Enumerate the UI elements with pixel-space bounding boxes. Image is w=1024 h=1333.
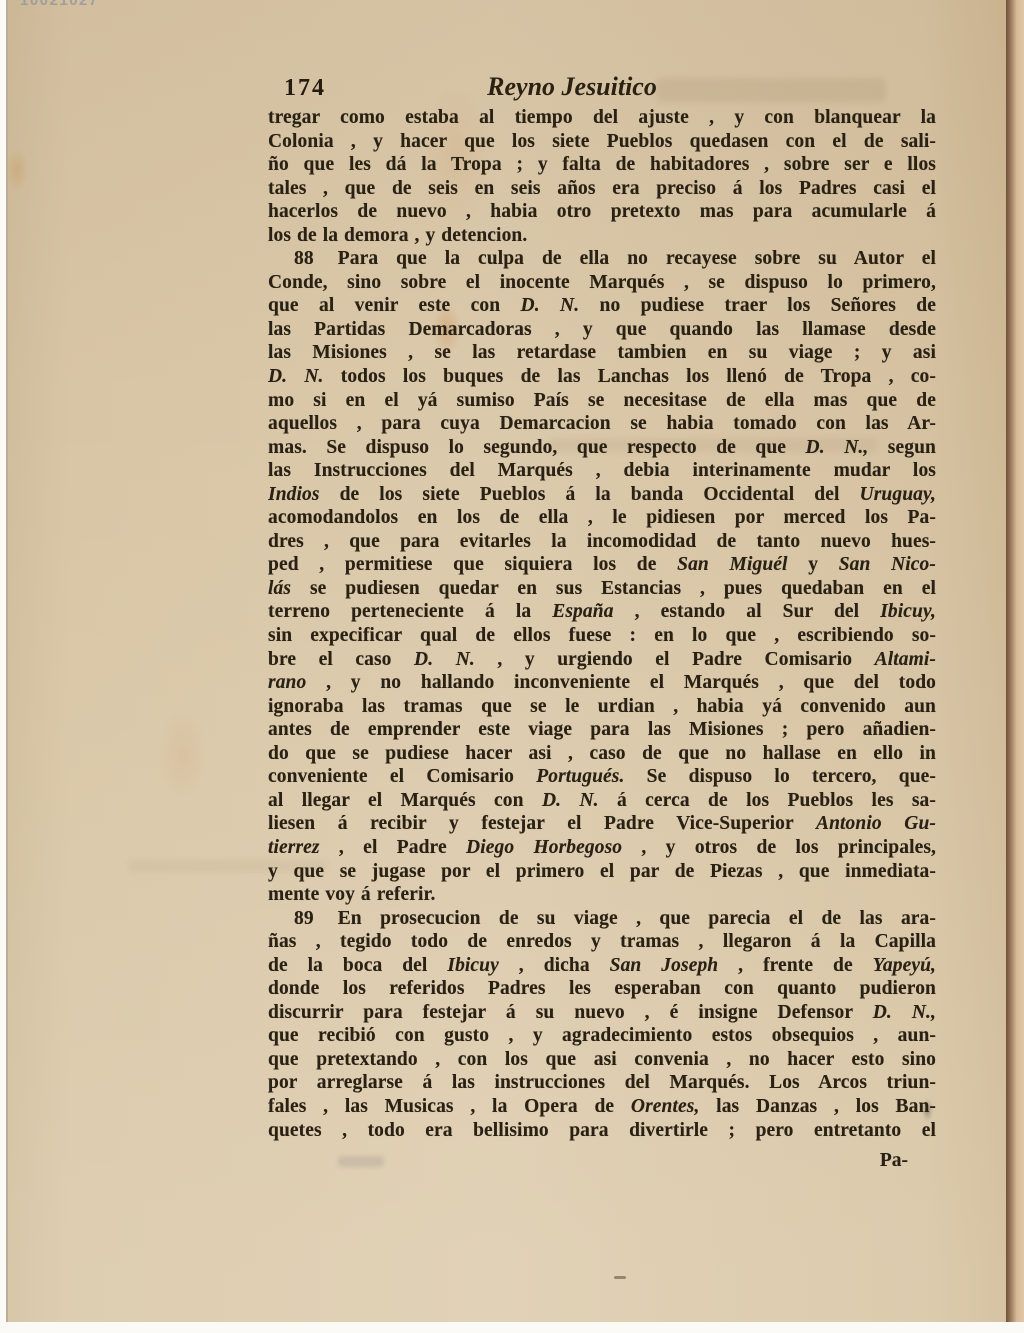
text-segment: tales , que de seis en seis años era pre…: [268, 178, 936, 199]
text-segment: las Misiones , se las retardase tambien …: [268, 342, 936, 363]
text-segment: , y urgiendo el Padre Comisario: [475, 649, 875, 670]
text-line: acomodandolos en los de ella , le pidies…: [268, 506, 936, 530]
text-line: mo si en el yá sumiso País se necesitase…: [268, 389, 936, 413]
text-line: ño que les dá la Tropa ; y falta de habi…: [268, 153, 936, 177]
text-line: liesen á recibir y festejar el Padre Vic…: [268, 812, 936, 836]
italic-text-segment: Orentes,: [631, 1096, 700, 1117]
italic-text-segment: Diego Horbegoso: [466, 837, 622, 858]
text-segment: 89: [268, 908, 314, 929]
text-line: de la boca del Ibicuy , dicha San Joseph…: [268, 954, 936, 978]
text-segment: no pudiese traer los Señores de: [579, 295, 936, 316]
text-line: bre el caso D. N. , y urgiendo el Padre …: [268, 648, 936, 672]
text-segment: dres , que para evitarles la incomodidad…: [268, 531, 936, 552]
text-segment: segun: [868, 437, 936, 458]
body-text: tregar como estaba al tiempo del ajuste …: [268, 106, 936, 1142]
text-segment: aquellos , para cuya Demarcacion se habi…: [268, 413, 936, 434]
italic-text-segment: San Miguél: [677, 554, 787, 575]
paragraph: tregar como estaba al tiempo del ajuste …: [268, 106, 936, 247]
text-line: tales , que de seis en seis años era pre…: [268, 177, 936, 201]
text-line: ñas , tegido todo de enredos y tramas , …: [268, 930, 936, 954]
text-segment: acomodandolos en los de ella , le pidies…: [268, 507, 936, 528]
italic-text-segment: lás: [268, 578, 291, 599]
text-segment: quetes , todo era bellisimo para diverti…: [268, 1120, 936, 1141]
text-line: Indios de los siete Pueblos á la banda O…: [268, 483, 936, 507]
italic-text-segment: Altami-: [875, 649, 936, 670]
text-line: Colonia , y hacer que los siete Pueblos …: [268, 130, 936, 154]
text-segment: las Danzas , los Ban-: [699, 1096, 936, 1117]
text-segment: al llegar el Marqués con: [268, 790, 542, 811]
text-line: fales , las Musicas , la Opera de Orente…: [268, 1095, 936, 1119]
text-segment: mas. Se dispuso lo segundo, que respecto…: [268, 437, 806, 458]
paragraph: 89En prosecucion de su viage , que parec…: [268, 907, 936, 1142]
italic-text-segment: Uruguay,: [860, 484, 936, 505]
text-line: tregar como estaba al tiempo del ajuste …: [268, 106, 936, 130]
text-segment: las Partidas Demarcadoras , y que quando…: [268, 319, 936, 340]
text-line: 89En prosecucion de su viage , que parec…: [268, 907, 936, 931]
text-line: mas. Se dispuso lo segundo, que respecto…: [268, 436, 936, 460]
text-segment: Se dispuso lo tercero, que-: [624, 766, 936, 787]
text-line: las Partidas Demarcadoras , y que quando…: [268, 318, 936, 342]
book-page: 10021027 174 Reyno Jesuitico tregar como…: [6, 0, 1024, 1322]
scanned-book-page: { "colors": { "paper": "#d8c5a5", "ink":…: [0, 0, 1024, 1333]
text-segment: los de la demora , y detencion.: [268, 225, 527, 246]
italic-text-segment: D. N.: [521, 295, 580, 316]
text-line: las Instrucciones del Marqués , debia in…: [268, 459, 936, 483]
text-line: las Misiones , se las retardase tambien …: [268, 341, 936, 365]
text-segment: liesen á recibir y festejar el Padre Vic…: [268, 813, 816, 834]
text-line: lás se pudiesen quedar en sus Estancias …: [268, 577, 936, 601]
text-line: 88Para que la culpa de ella no recayese …: [268, 247, 936, 271]
text-segment: donde los referidos Padres les esperaban…: [268, 978, 936, 999]
book-edge-shadow: [1006, 0, 1024, 1322]
text-segment: fales , las Musicas , la Opera de: [268, 1096, 631, 1117]
text-segment: , y otros de los principales,: [622, 837, 936, 858]
text-segment: mo si en el yá sumiso País se necesitase…: [268, 390, 936, 411]
text-segment: , frente de: [718, 955, 872, 976]
italic-text-segment: España: [552, 601, 613, 622]
text-segment: , estando al Sur del: [614, 601, 881, 622]
text-line: que al venir este con D. N. no pudiese t…: [268, 294, 936, 318]
text-segment: , el Padre: [320, 837, 466, 858]
catchword: Pa-: [268, 1150, 936, 1172]
scan-id-watermark: 10021027: [20, 0, 99, 9]
italic-text-segment: San Joseph: [610, 955, 719, 976]
text-segment: y: [788, 554, 839, 575]
text-segment: de la boca del: [268, 955, 447, 976]
paragraph: 88Para que la culpa de ella no recayese …: [268, 247, 936, 906]
text-line: rano , y no hallando inconveniente el Ma…: [268, 671, 936, 695]
text-segment: conveniente el Comisario: [268, 766, 536, 787]
text-line: terreno perteneciente á la España , esta…: [268, 600, 936, 624]
italic-text-segment: Portugués.: [536, 766, 624, 787]
text-line: sin expecificar qual de ellos fuese : en…: [268, 624, 936, 648]
paper-stain: [6, 138, 34, 202]
italic-text-segment: D. N.: [268, 366, 324, 387]
text-segment: ño que les dá la Tropa ; y falta de habi…: [268, 154, 936, 175]
italic-text-segment: Ibicuy: [447, 955, 499, 976]
text-segment: las Instrucciones del Marqués , debia in…: [268, 460, 936, 481]
page-header: 174 Reyno Jesuitico: [268, 72, 936, 102]
text-line: ignoraba las tramas que se le urdian , h…: [268, 695, 936, 719]
text-line: que pretextando , con los que asi conven…: [268, 1048, 936, 1072]
text-segment: , y no hallando inconveniente el Marqués…: [306, 672, 936, 693]
text-segment: sin expecificar qual de ellos fuese : en…: [268, 625, 936, 646]
text-line: quetes , todo era bellisimo para diverti…: [268, 1119, 936, 1143]
running-title: Reyno Jesuitico: [268, 72, 876, 102]
italic-text-segment: D. N.: [542, 790, 599, 811]
italic-text-segment: tierrez: [268, 837, 320, 858]
text-line: por arreglarse á las instrucciones del M…: [268, 1071, 936, 1095]
text-segment: , dicha: [499, 955, 610, 976]
italic-text-segment: Yapeyú,: [873, 955, 936, 976]
italic-text-segment: Indios: [268, 484, 320, 505]
text-line: al llegar el Marqués con D. N. á cerca d…: [268, 789, 936, 813]
text-segment: á cerca de los Pueblos les sa-: [599, 790, 936, 811]
text-segment: antes de emprender este viage para las M…: [268, 719, 936, 740]
text-line: discurrir para festejar á su nuevo , é i…: [268, 1001, 936, 1025]
text-segment: bre el caso: [268, 649, 414, 670]
text-segment: ignoraba las tramas que se le urdian , h…: [268, 696, 936, 717]
text-segment: y que se jugase por el primero el par de…: [268, 861, 936, 882]
text-line: conveniente el Comisario Portugués. Se d…: [268, 765, 936, 789]
italic-text-segment: rano: [268, 672, 306, 693]
text-line: dres , que para evitarles la incomodidad…: [268, 530, 936, 554]
text-line: y que se jugase por el primero el par de…: [268, 860, 936, 884]
text-segment: do que se pudiese hacer asi , caso de qu…: [268, 743, 936, 764]
italic-text-segment: D. N.,: [806, 437, 869, 458]
text-segment: Conde, sino sobre el inocente Marqués , …: [268, 272, 936, 293]
text-line: D. N. todos los buques de las Lanchas lo…: [268, 365, 936, 389]
italic-text-segment: D. N.,: [873, 1002, 936, 1023]
text-segment: de los siete Pueblos á la banda Occident…: [320, 484, 860, 505]
stray-dash-mark: [614, 1276, 626, 1279]
italic-text-segment: San Nico-: [839, 554, 936, 575]
text-segment: Para que la culpa de ella no recayese so…: [314, 248, 936, 269]
text-line: hacerlos de nuevo , habia otro pretexto …: [268, 200, 936, 224]
italic-text-segment: Ibicuy,: [880, 601, 936, 622]
text-line: aquellos , para cuya Demarcacion se habi…: [268, 412, 936, 436]
text-line: Conde, sino sobre el inocente Marqués , …: [268, 271, 936, 295]
text-segment: que al venir este con: [268, 295, 521, 316]
text-line: tierrez , el Padre Diego Horbegoso , y o…: [268, 836, 936, 860]
text-line: donde los referidos Padres les esperaban…: [268, 977, 936, 1001]
text-line: mente voy á referir.: [268, 883, 936, 907]
text-segment: todos los buques de las Lanchas los llen…: [324, 366, 936, 387]
text-segment: ñas , tegido todo de enredos y tramas , …: [268, 931, 936, 952]
text-line: los de la demora , y detencion.: [268, 224, 936, 248]
text-segment: por arreglarse á las instrucciones del M…: [268, 1072, 936, 1093]
paper-stain: [148, 690, 218, 820]
italic-text-segment: D. N.: [414, 649, 475, 670]
text-block: 174 Reyno Jesuitico tregar como estaba a…: [268, 72, 936, 1172]
text-segment: que pretextando , con los que asi conven…: [268, 1049, 936, 1070]
text-segment: terreno perteneciente á la: [268, 601, 552, 622]
text-line: do que se pudiese hacer asi , caso de qu…: [268, 742, 936, 766]
text-line: antes de emprender este viage para las M…: [268, 718, 936, 742]
text-line: que recibió con gusto , y agradecimiento…: [268, 1024, 936, 1048]
text-segment: Colonia , y hacer que los siete Pueblos …: [268, 131, 936, 152]
italic-text-segment: Antonio Gu-: [816, 813, 936, 834]
text-segment: 88: [268, 248, 314, 269]
text-segment: se pudiesen quedar en sus Estancias , pu…: [291, 578, 936, 599]
text-segment: ped , permitiese que siquiera los de: [268, 554, 677, 575]
text-segment: hacerlos de nuevo , habia otro pretexto …: [268, 201, 936, 222]
text-segment: que recibió con gusto , y agradecimiento…: [268, 1025, 936, 1046]
text-segment: mente voy á referir.: [268, 884, 435, 905]
text-line: ped , permitiese que siquiera los de San…: [268, 553, 936, 577]
text-segment: En prosecucion de su viage , que parecia…: [314, 908, 936, 929]
text-segment: tregar como estaba al tiempo del ajuste …: [268, 107, 936, 128]
text-segment: discurrir para festejar á su nuevo , é i…: [268, 1002, 873, 1023]
